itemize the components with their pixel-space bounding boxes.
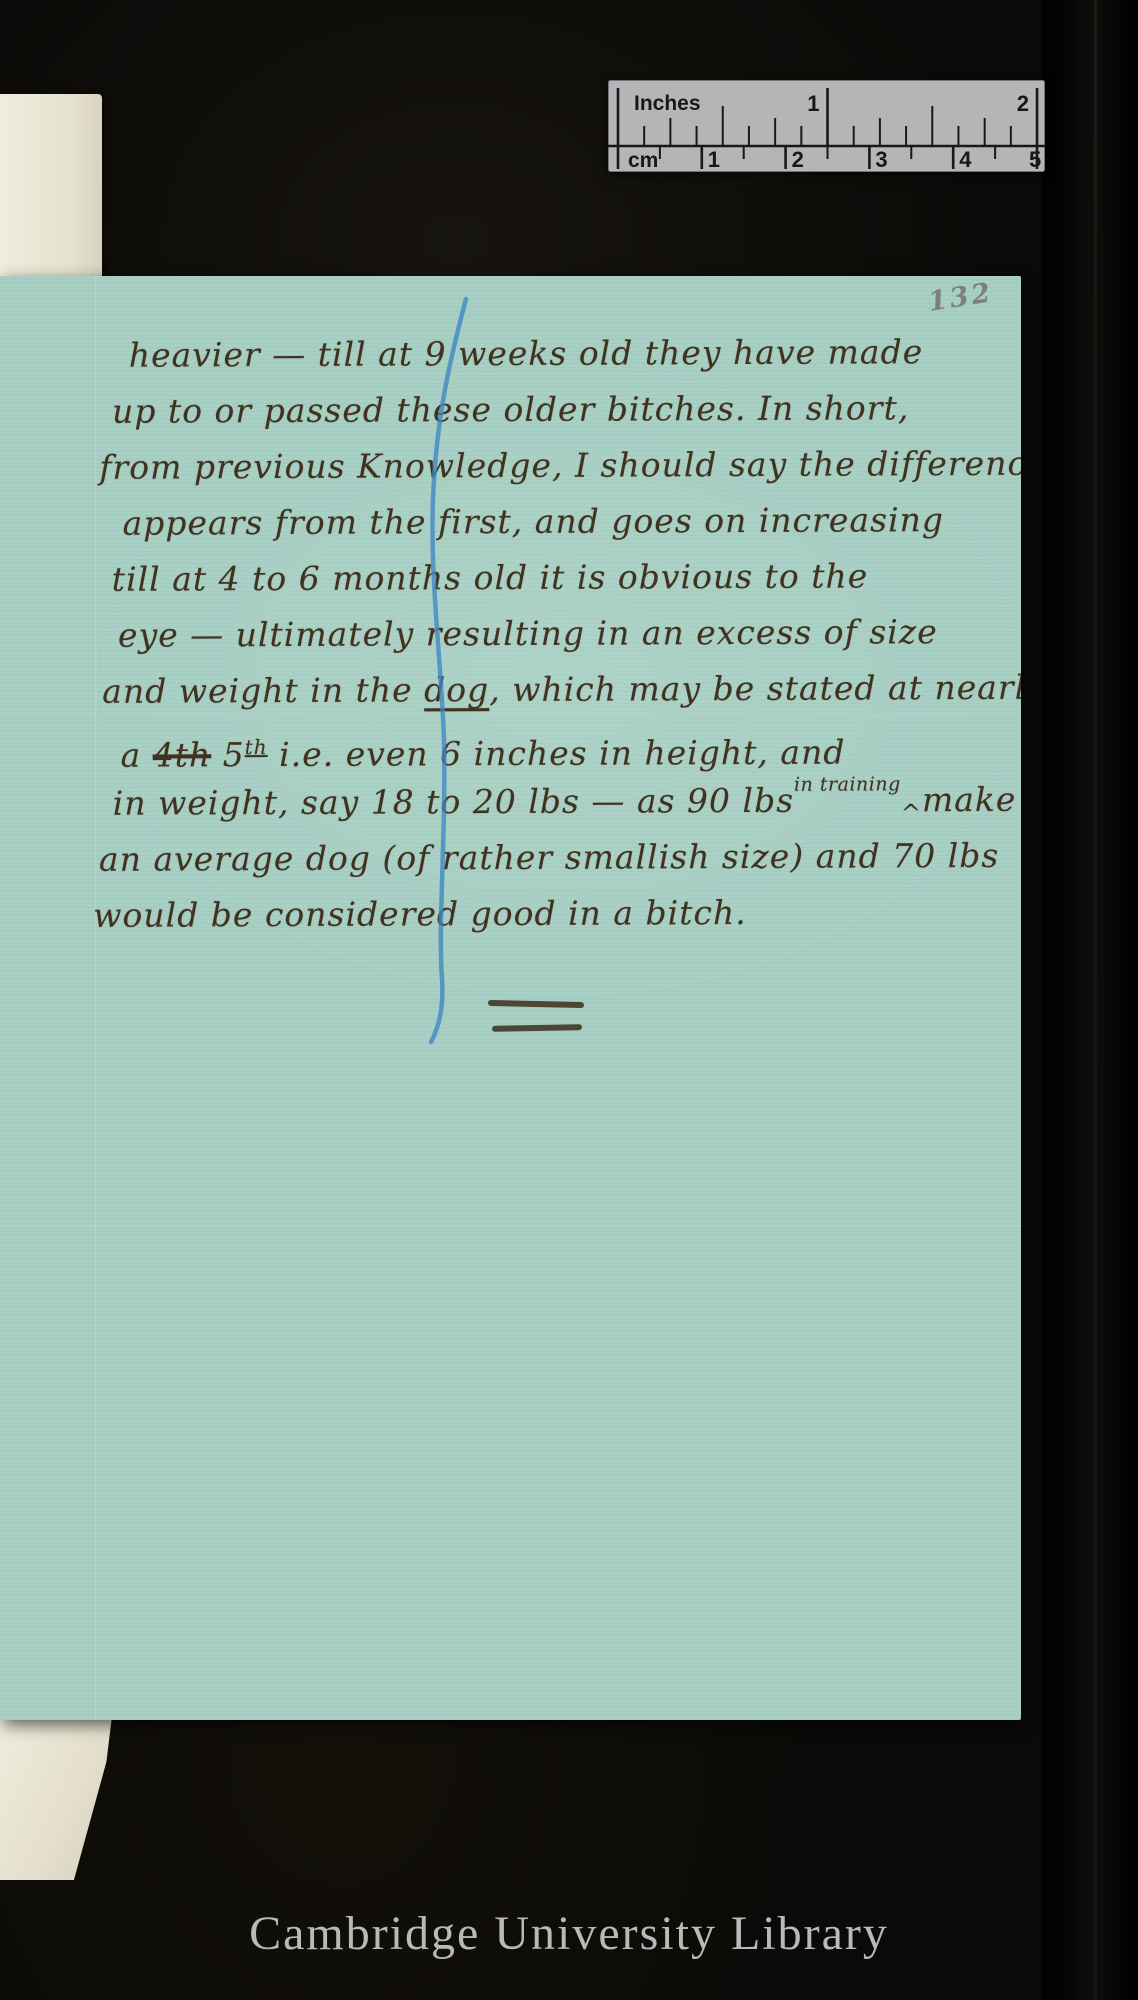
ruler-inch-number: 1: [807, 91, 819, 116]
manuscript-line: in weight, say 18 to 20 lbs — as 90 lbsi…: [113, 772, 1021, 832]
ruler-cm-number: 2: [792, 147, 804, 172]
closing-rule-top: [488, 1000, 584, 1008]
library-watermark: Cambridge University Library: [0, 1906, 1138, 1961]
manuscript-text: heavier — till at 9 weeks old they have …: [0, 324, 1021, 944]
manuscript-line: from previous Knowledge, I should say th…: [99, 436, 1020, 496]
measurement-ruler: Inches cm 1212345: [608, 80, 1045, 172]
scan-photograph: Inches cm 1212345 132 heavier — till at …: [0, 0, 1138, 2000]
manuscript-segment: , which may be stated at nearly: [489, 668, 1021, 709]
manuscript-line: appears from the first, and goes on incr…: [122, 492, 1020, 552]
manuscript-segment: an average dog (of rather smallish size)…: [99, 836, 999, 879]
manuscript-line: up to or passed these older bitches. In …: [112, 380, 1020, 440]
manuscript-segment: would be considered good in a bitch.: [93, 893, 747, 935]
manuscript-segment-supu: th: [245, 735, 268, 759]
manuscript-segment-struck: 4th: [153, 735, 212, 774]
manuscript-segment: eye — ultimately resulting in an excess …: [118, 612, 938, 655]
archival-page-number: 132: [926, 277, 995, 318]
closing-rule-bottom: [492, 1024, 582, 1032]
ruler-cm-number: 1: [708, 147, 720, 172]
closing-double-rule: [486, 998, 590, 1036]
ruler-cm-number: 4: [959, 147, 972, 172]
manuscript-segment: 5: [211, 735, 245, 774]
manuscript-line: heavier — till at 9 weeks old they have …: [129, 324, 1020, 384]
manuscript-line: till at 4 to 6 months old it is obvious …: [112, 548, 1021, 608]
underlying-page-edge-top: [0, 94, 102, 278]
ruler-cm-number: 3: [875, 147, 887, 172]
manuscript-segment-caret: ^: [901, 799, 922, 827]
manuscript-line: a 4th 5th i.e. even 6 inches in height, …: [120, 716, 1021, 776]
manuscript-segment: in weight, say 18 to 20 lbs — as 90 lbs: [113, 781, 795, 823]
manuscript-segment-insert: in training: [794, 773, 901, 795]
manuscript-segment: and weight in the: [102, 670, 424, 710]
underlying-page-edge-bottom: [0, 1716, 112, 1880]
ruler-inches-label: Inches: [634, 92, 701, 115]
manuscript-segment: till at 4 to 6 months old it is obvious …: [112, 556, 869, 598]
manuscript-line: and weight in the dog, which may be stat…: [102, 660, 1021, 720]
ruler-inch-number: 2: [1017, 91, 1029, 116]
manuscript-line: would be considered good in a bitch.: [93, 884, 1021, 944]
manuscript-segment: appears from the first, and goes on incr…: [122, 500, 944, 543]
manuscript-page: 132 heavier — till at 9 weeks old they h…: [0, 276, 1021, 1720]
horizontal-fold-crease: [0, 1226, 1021, 1229]
manuscript-segment: make: [922, 780, 1017, 819]
manuscript-line: an average dog (of rather smallish size)…: [99, 828, 1021, 888]
ruler-cm-number: 5: [1029, 147, 1041, 172]
cloth-seam: [1094, 0, 1097, 2000]
manuscript-segment: from previous Knowledge, I should say th…: [99, 444, 1021, 487]
manuscript-line: eye — ultimately resulting in an excess …: [118, 604, 1021, 664]
manuscript-segment: up to or passed these older bitches. In …: [112, 388, 909, 430]
manuscript-segment: a: [120, 736, 152, 775]
book-cloth-right-band: [1042, 0, 1138, 2000]
manuscript-segment-underline: dog: [424, 670, 489, 709]
manuscript-segment: i.e. even 6 inches in height, and: [268, 733, 846, 775]
manuscript-segment: heavier — till at 9 weeks old they have …: [129, 332, 924, 374]
ruler-cm-label: cm: [628, 149, 658, 172]
